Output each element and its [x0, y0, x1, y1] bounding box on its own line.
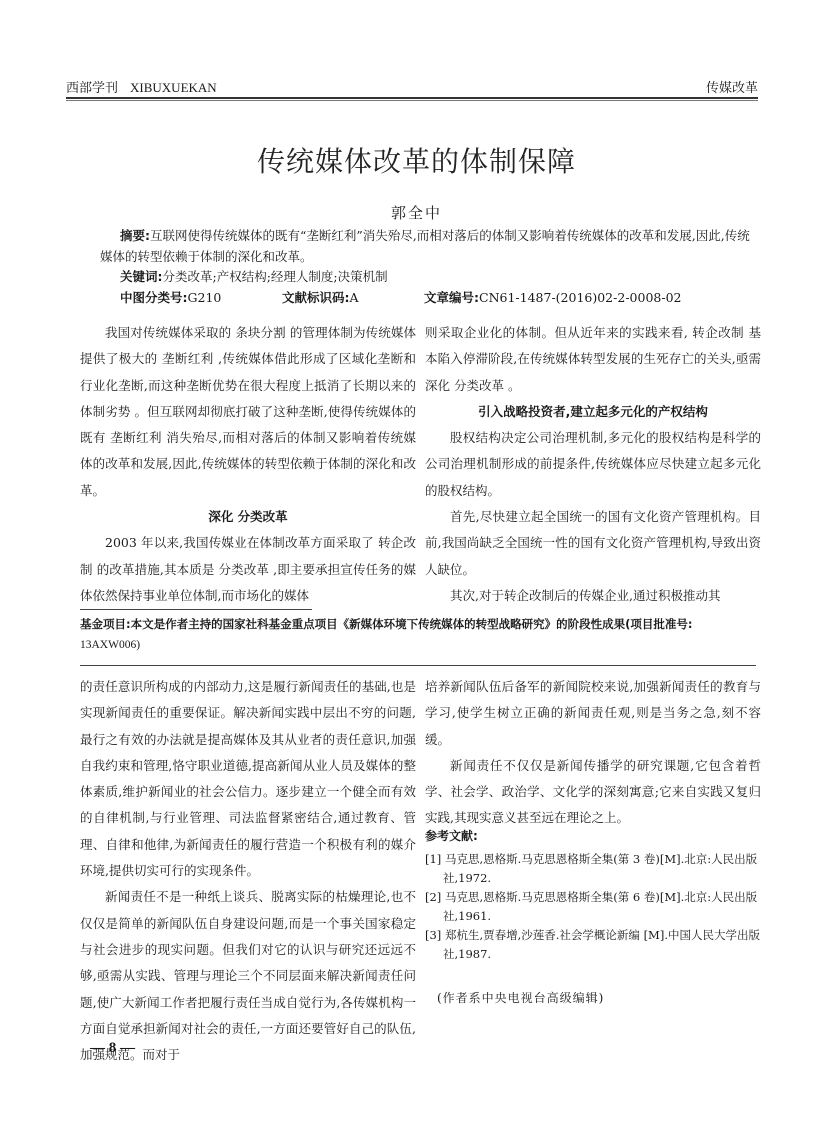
keywords: 关键词:分类改革;产权结构;经理人制度;决策机制 [100, 266, 780, 287]
body-column-right-top: 则采取企业化的体制。但从近年来的实践来看, 转企改制 基本陷入停滞阶段,在传统媒… [425, 320, 761, 609]
keywords-text: 分类改革;产权结构;经理人制度;决策机制 [163, 269, 388, 284]
references-heading: 参考文献: [425, 827, 765, 844]
journal-name: 西部学刊XIBUXUEKAN [66, 77, 217, 96]
reference-item: [3] 郑杭生,贾春增,沙莲香.社会学概论新编 [M].中国人民大学出版社,19… [425, 926, 765, 964]
header-rule-thin [66, 100, 758, 101]
section-heading: 引入战略投资者,建立起多元化的产权结构 [425, 399, 761, 425]
section-name: 传媒改革 [706, 77, 758, 96]
reference-item: [1] 马克思,恩格斯.马克思恩格斯全集(第 3 卷)[M].北京:人民出版社,… [425, 850, 765, 888]
header-rule [66, 97, 758, 99]
article-no-value: CN61-1487-(2016)02-2-0008-02 [479, 290, 681, 305]
doc-code-label: 文献标识码: [282, 290, 350, 305]
section-heading: 深化 分类改革 [80, 504, 416, 530]
journal-name-cn: 西部学刊 [66, 81, 118, 96]
author-name: 郭全中 [0, 202, 833, 223]
clc-number: 中图分类号:G210 [120, 287, 282, 308]
article-no-label: 文章编号: [424, 290, 479, 305]
author-note: (作者系中央电视台高级编辑) [425, 989, 765, 1006]
classification-line: 中图分类号:G210 文献标识码:A 文章编号:CN61-1487-(2016)… [100, 287, 780, 308]
journal-name-en: XIBUXUEKAN [130, 80, 217, 95]
running-header: 西部学刊XIBUXUEKAN 传媒改革 [66, 74, 758, 96]
clc-value: G210 [188, 290, 222, 305]
paragraph: 首先,尽快建立起全国统一的国有文化资产管理机构。目前,我国尚缺乏全国统一性的国有… [425, 504, 761, 583]
body-column-left-top: 我国对传统媒体采取的 条块分割 的管理体制为传统媒体提供了极大的 垄断红利 ,传… [80, 320, 416, 609]
keywords-label: 关键词: [120, 269, 163, 284]
paragraph: 则采取企业化的体制。但从近年来的实践来看, 转企改制 基本陷入停滞阶段,在传统媒… [425, 320, 761, 399]
clc-label: 中图分类号: [120, 290, 188, 305]
paragraph: 2003 年以来,我国传媒业在体制改革方面采取了 转企改制 的改革措施,其本质是… [80, 530, 416, 609]
paragraph: 的责任意识所构成的内部动力,这是履行新闻责任的基础,也是实现新闻责任的重要保证。… [80, 674, 416, 884]
page-number: — 8 — [90, 1040, 135, 1057]
article-number: 文章编号:CN61-1487-(2016)02-2-0008-02 [424, 287, 681, 308]
section-divider [80, 665, 756, 666]
funding-code: 13AXW006) [80, 639, 140, 651]
funding-text: 本文是作者主持的国家社科基金重点项目《新媒体环境下传统媒体的转型战略研究》的阶段… [131, 617, 693, 631]
funding-label: 基金项目: [80, 617, 131, 631]
funding-footnote: 基金项目:本文是作者主持的国家社科基金重点项目《新媒体环境下传统媒体的转型战略研… [80, 614, 760, 655]
paragraph: 我国对传统媒体采取的 条块分割 的管理体制为传统媒体提供了极大的 垄断红利 ,传… [80, 320, 416, 504]
paragraph: 股权结构决定公司治理机制,多元化的股权结构是科学的公司治理机制形成的前提条件,传… [425, 425, 761, 504]
abstract: 摘要:互联网使得传统媒体的既有“垄断红利”消失殆尽,而相对落后的体制又影响着传统… [100, 225, 760, 267]
references: 参考文献: [1] 马克思,恩格斯.马克思恩格斯全集(第 3 卷)[M].北京:… [425, 827, 765, 1006]
footnote-rule [80, 609, 312, 610]
article-title: 传统媒体改革的体制保障 [0, 140, 833, 180]
paragraph: 培养新闻队伍后备军的新闻院校来说,加强新闻责任的教育与学习,使学生树立正确的新闻… [425, 674, 761, 753]
body-column-left-bottom: 的责任意识所构成的内部动力,这是履行新闻责任的基础,也是实现新闻责任的重要保证。… [80, 674, 416, 1068]
paragraph: 新闻责任不仅仅是新闻传播学的研究课题,它包含着哲学、社会学、政治学、文化学的深刻… [425, 753, 761, 832]
body-column-right-bottom: 培养新闻队伍后备军的新闻院校来说,加强新闻责任的教育与学习,使学生树立正确的新闻… [425, 674, 761, 832]
doc-code-value: A [350, 290, 359, 305]
abstract-label: 摘要: [120, 228, 150, 243]
abstract-text: 互联网使得传统媒体的既有“垄断红利”消失殆尽,而相对落后的体制又影响着传统媒体的… [100, 228, 750, 264]
paragraph: 其次,对于转企改制后的传媒企业,通过积极推动其 [425, 583, 761, 609]
document-code: 文献标识码:A [282, 287, 424, 308]
reference-item: [2] 马克思,恩格斯.马克思恩格斯全集(第 6 卷)[M].北京:人民出版社,… [425, 888, 765, 926]
